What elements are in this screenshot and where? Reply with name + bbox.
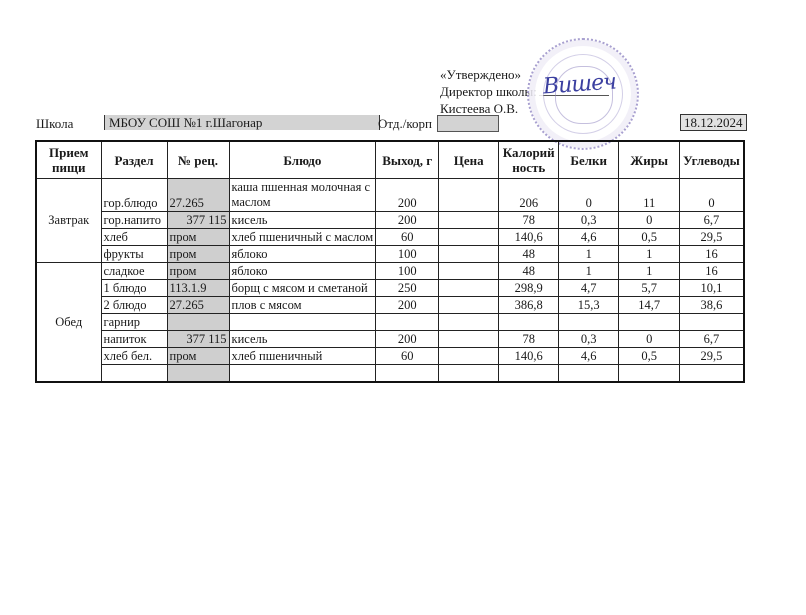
recipe-cell — [167, 314, 229, 331]
fat-cell: 0 — [619, 212, 680, 229]
protein-cell: 0,3 — [559, 212, 619, 229]
yield-cell: 100 — [376, 246, 439, 263]
carbs-cell: 6,7 — [680, 331, 744, 348]
recipe-cell: 27.265 — [167, 179, 229, 212]
carbs-cell: 16 — [680, 263, 744, 280]
price-cell — [439, 331, 499, 348]
dish-cell: плов с мясом — [229, 297, 376, 314]
col-fat: Жиры — [619, 141, 680, 179]
yield-cell: 60 — [376, 229, 439, 246]
col-price: Цена — [439, 141, 499, 179]
recipe-cell: пром — [167, 229, 229, 246]
yield-cell: 60 — [376, 348, 439, 365]
section-cell: гор.напито — [101, 212, 167, 229]
yield-cell — [376, 314, 439, 331]
price-cell — [439, 280, 499, 297]
table-header-row: Прием пищи Раздел № рец. Блюдо Выход, г … — [36, 141, 744, 179]
fat-cell: 5,7 — [619, 280, 680, 297]
col-yield: Выход, г — [376, 141, 439, 179]
table-row: Завтракгор.блюдо27.265каша пшенная молоч… — [36, 179, 744, 212]
dish-cell: яблоко — [229, 263, 376, 280]
dish-cell: кисель — [229, 212, 376, 229]
carbs-cell — [680, 365, 744, 383]
menu-date: 18.12.2024 — [680, 114, 747, 131]
calories-cell — [499, 365, 559, 383]
dish-cell: хлеб пшеничный с маслом — [229, 229, 376, 246]
fat-cell: 1 — [619, 263, 680, 280]
table-row: 1 блюдо113.1.9борщ с мясом и сметаной250… — [36, 280, 744, 297]
protein-cell: 0,3 — [559, 331, 619, 348]
dish-cell: кисель — [229, 331, 376, 348]
dish-cell: каша пшенная молочная с маслом — [229, 179, 376, 212]
carbs-cell — [680, 314, 744, 331]
fat-cell — [619, 365, 680, 383]
carbs-cell: 0 — [680, 179, 744, 212]
table-row: напиток377 115кисель200780,306,7 — [36, 331, 744, 348]
section-cell — [101, 365, 167, 383]
calories-cell: 48 — [499, 246, 559, 263]
carbs-cell: 29,5 — [680, 229, 744, 246]
section-cell: хлеб бел. — [101, 348, 167, 365]
price-cell — [439, 246, 499, 263]
dish-cell — [229, 314, 376, 331]
price-cell — [439, 263, 499, 280]
school-field: МБОУ СОШ №1 г.Шагонар — [104, 115, 380, 130]
fat-cell — [619, 314, 680, 331]
carbs-cell: 6,7 — [680, 212, 744, 229]
protein-cell: 4,6 — [559, 229, 619, 246]
yield-cell: 100 — [376, 263, 439, 280]
table-row: Обедсладкоепромяблоко100481116 — [36, 263, 744, 280]
yield-cell: 200 — [376, 297, 439, 314]
recipe-cell: пром — [167, 246, 229, 263]
section-cell: хлеб — [101, 229, 167, 246]
protein-cell — [559, 314, 619, 331]
department-field — [437, 115, 499, 132]
yield-cell: 200 — [376, 212, 439, 229]
section-cell: гор.блюдо — [101, 179, 167, 212]
meal-name-cell: Обед — [36, 263, 101, 383]
col-recipe: № рец. — [167, 141, 229, 179]
section-cell: гарнир — [101, 314, 167, 331]
section-cell: напиток — [101, 331, 167, 348]
carbs-cell: 10,1 — [680, 280, 744, 297]
section-cell: 2 блюдо — [101, 297, 167, 314]
table-row: гарнир — [36, 314, 744, 331]
price-cell — [439, 297, 499, 314]
menu-table-body: Завтракгор.блюдо27.265каша пшенная молоч… — [36, 179, 744, 383]
dish-cell: хлеб пшеничный — [229, 348, 376, 365]
price-cell — [439, 179, 499, 212]
table-row: хлеб бел.промхлеб пшеничный60140,64,60,5… — [36, 348, 744, 365]
fat-cell: 14,7 — [619, 297, 680, 314]
protein-cell: 4,6 — [559, 348, 619, 365]
dish-cell — [229, 365, 376, 383]
dish-cell: яблоко — [229, 246, 376, 263]
col-dish: Блюдо — [229, 141, 376, 179]
col-protein: Белки — [559, 141, 619, 179]
meal-name-cell: Завтрак — [36, 179, 101, 263]
protein-cell: 1 — [559, 263, 619, 280]
recipe-cell: 27.265 — [167, 297, 229, 314]
yield-cell: 250 — [376, 280, 439, 297]
col-calories: Калорийность — [499, 141, 559, 179]
price-cell — [439, 212, 499, 229]
table-row: фруктыпромяблоко100481116 — [36, 246, 744, 263]
recipe-cell: 377 115 — [167, 212, 229, 229]
fat-cell: 0,5 — [619, 348, 680, 365]
dish-cell: борщ с мясом и сметаной — [229, 280, 376, 297]
yield-cell — [376, 365, 439, 383]
recipe-cell: 113.1.9 — [167, 280, 229, 297]
section-cell: фрукты — [101, 246, 167, 263]
price-cell — [439, 229, 499, 246]
calories-cell: 386,8 — [499, 297, 559, 314]
yield-cell: 200 — [376, 179, 439, 212]
calories-cell: 298,9 — [499, 280, 559, 297]
calories-cell: 206 — [499, 179, 559, 212]
protein-cell: 1 — [559, 246, 619, 263]
carbs-cell: 29,5 — [680, 348, 744, 365]
document-header: Школа МБОУ СОШ №1 г.Шагонар Отд./корп 18… — [0, 114, 806, 134]
price-cell — [439, 365, 499, 383]
department-label: Отд./корп — [378, 116, 432, 132]
calories-cell — [499, 314, 559, 331]
recipe-cell: пром — [167, 348, 229, 365]
recipe-cell: 377 115 — [167, 331, 229, 348]
school-label: Школа — [36, 116, 73, 132]
carbs-cell: 16 — [680, 246, 744, 263]
fat-cell: 0,5 — [619, 229, 680, 246]
table-row: 2 блюдо27.265плов с мясом200386,815,314,… — [36, 297, 744, 314]
calories-cell: 140,6 — [499, 348, 559, 365]
calories-cell: 48 — [499, 263, 559, 280]
recipe-cell — [167, 365, 229, 383]
col-carbs: Углеводы — [680, 141, 744, 179]
protein-cell — [559, 365, 619, 383]
table-row: гор.напито377 115кисель200780,306,7 — [36, 212, 744, 229]
col-meal: Прием пищи — [36, 141, 101, 179]
table-row: хлебпромхлеб пшеничный с маслом60140,64,… — [36, 229, 744, 246]
table-row — [36, 365, 744, 383]
col-section: Раздел — [101, 141, 167, 179]
recipe-cell: пром — [167, 263, 229, 280]
yield-cell: 200 — [376, 331, 439, 348]
fat-cell: 1 — [619, 246, 680, 263]
fat-cell: 0 — [619, 331, 680, 348]
calories-cell: 78 — [499, 331, 559, 348]
calories-cell: 78 — [499, 212, 559, 229]
fat-cell: 11 — [619, 179, 680, 212]
calories-cell: 140,6 — [499, 229, 559, 246]
protein-cell: 0 — [559, 179, 619, 212]
section-cell: 1 блюдо — [101, 280, 167, 297]
price-cell — [439, 348, 499, 365]
price-cell — [439, 314, 499, 331]
protein-cell: 15,3 — [559, 297, 619, 314]
director-signature: Вишеч — [542, 69, 616, 99]
menu-table: Прием пищи Раздел № рец. Блюдо Выход, г … — [35, 140, 745, 383]
carbs-cell: 38,6 — [680, 297, 744, 314]
section-cell: сладкое — [101, 263, 167, 280]
protein-cell: 4,7 — [559, 280, 619, 297]
